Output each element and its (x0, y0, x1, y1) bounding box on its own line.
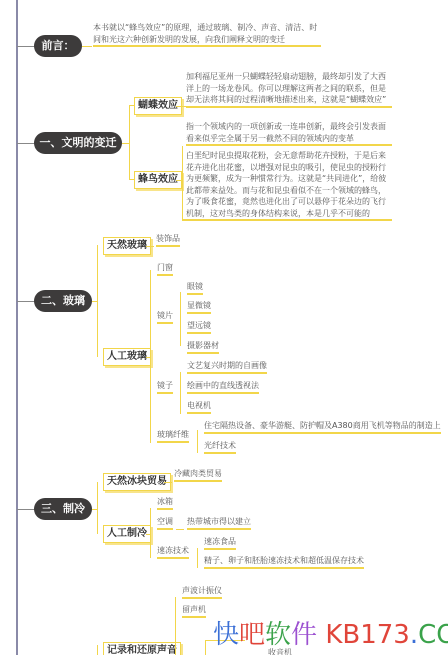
node-record-sound[interactable]: 记录和还原声音 (103, 642, 181, 655)
leaf-phonograph[interactable]: 留声机 (182, 604, 206, 618)
connector (97, 482, 98, 534)
node-glass-fiber[interactable]: 玻璃纤维 (157, 429, 189, 443)
butterfly-text: 加利福尼亚州一只蝴蝶轻轻扇动翅膀，最终却引发了大西 洋上的一场龙卷风。你可以理解… (186, 71, 392, 108)
connector (164, 482, 172, 483)
leaf-telescope[interactable]: 望远镜 (187, 320, 211, 334)
connector (122, 143, 130, 144)
connector (17, 46, 35, 47)
topic-preface[interactable]: 前言： (34, 35, 82, 57)
leaf-decoration[interactable]: 装饰品 (156, 233, 180, 247)
topic-section-2[interactable]: 二、玻璃 (34, 290, 92, 312)
node-mirror[interactable]: 镜子 (157, 380, 173, 394)
connector (17, 509, 35, 510)
topic-section-1[interactable]: 一、文明的变迁 (34, 132, 122, 154)
text-line: 花卉进化出花蜜，以增强对昆虫的吸引，使昆虫的授粉行 (186, 162, 392, 174)
watermark-part: COM (418, 620, 448, 650)
node-artificial-cooling[interactable]: 人工制冷 (103, 525, 151, 543)
text-line: 白垩纪时昆虫提取花粉，会无意帮助花卉授粉，于是后来 (186, 150, 392, 162)
leaf-camera[interactable]: 摄影器材 (187, 340, 219, 354)
connector (92, 509, 98, 510)
node-lens[interactable]: 镜片 (157, 310, 173, 324)
node-quick-freeze[interactable]: 速冻技术 (157, 545, 189, 559)
node-artificial-glass[interactable]: 人工玻璃 (103, 348, 151, 366)
watermark-part: 件 (291, 620, 317, 650)
connector (176, 529, 184, 530)
text-line: 间和光这六种创新发明的发展，向我们阐释文明的变迁 (93, 34, 321, 46)
text-line: 机制，这对鸟类的身体结构来说，本是几乎不可能的 (186, 208, 392, 220)
text-line: 却无法将其间的过程清晰地描述出来，这就是“蝴蝶效应” (186, 94, 392, 106)
connector (180, 292, 181, 346)
hummingbird-example: 白垩纪时昆虫提取花粉，会无意帮助花卉授粉，于是后来 花卉进化出花蜜，以增强对昆虫… (182, 150, 392, 221)
connector (150, 508, 151, 558)
watermark-part: 吧 (239, 620, 265, 650)
preface-text: 本书就以“蜂鸟效应”的原理，通过玻璃、制冷、声音、清洁、时 间和光这六种创新发明… (93, 22, 321, 47)
text-line: 本书就以“蜂鸟效应”的原理，通过玻璃、制冷、声音、清洁、时 (93, 22, 321, 34)
connector (146, 246, 154, 247)
connector (17, 143, 35, 144)
leaf-perspective[interactable]: 绘画中的直线透视法 (187, 380, 259, 394)
text-line: 此都带来益处。而与花和昆虫看似不在一个领域的蜂鸟， (186, 185, 392, 197)
connector (205, 640, 206, 655)
leaf-phonautograph[interactable]: 声波计振仪 (182, 585, 222, 599)
connector (92, 301, 98, 302)
connector (150, 270, 151, 443)
text-line: 指一个领域内的一项创新或一连串创新，最终会引发表面 (186, 121, 392, 133)
watermark-part: 软 (265, 620, 291, 650)
leaf-microscope[interactable]: 显微镜 (187, 300, 211, 314)
text-line: 看来似乎完全属于另一截然不同的领域内的变革 (186, 133, 392, 145)
text-line: 加利福尼亚州一只蝴蝶轻轻扇动翅膀，最终却引发了大西 (186, 71, 392, 83)
watermark-part: KB173 (317, 620, 410, 650)
main-spine-line (16, 0, 18, 655)
connector (197, 548, 198, 568)
leaf-insulation[interactable]: 住宅隔热设备、豪华游艇、防护帽及A380商用飞机等物品的制造上 (204, 420, 441, 434)
connector (82, 46, 92, 47)
leaf-glasses[interactable]: 眼镜 (187, 281, 203, 295)
leaf-cryopreservation[interactable]: 精子、卵子和胚胎速冻技术和超低温保存技术 (204, 555, 364, 569)
leaf-tropical-cities[interactable]: 热带城市得以建立 (187, 516, 251, 530)
leaf-self-portrait[interactable]: 文艺复兴时期的自画像 (187, 360, 267, 374)
connector (17, 301, 35, 302)
hummingbird-definition: 指一个领域内的一项创新或一连串创新，最终会引发表面 看来似乎完全属于另一截然不同… (186, 121, 392, 146)
text-line: 为更频繁，成为一种惯常行为。这就是“共同进化”，给彼 (186, 173, 392, 185)
connector (97, 645, 98, 655)
text-line: 洋上的一场龙卷风。你可以理解这两者之间的联系，但是 (186, 83, 392, 95)
connector (197, 430, 198, 453)
leaf-television[interactable]: 电视机 (187, 400, 211, 414)
node-natural-glass[interactable]: 天然玻璃 (103, 237, 151, 255)
node-air-conditioner[interactable]: 空调 (157, 516, 173, 530)
connector (129, 105, 130, 179)
connector (180, 372, 181, 414)
connector (175, 597, 176, 655)
leaf-cold-meat-trade[interactable]: 冷藏肉类贸易 (174, 468, 222, 482)
leaf-frozen-food[interactable]: 速冻食品 (204, 536, 236, 550)
leaf-optical-fiber[interactable]: 光纤技术 (204, 440, 236, 454)
leaf-refrigerator[interactable]: 冰箱 (157, 496, 173, 510)
topic-section-3[interactable]: 三、制冷 (34, 498, 92, 520)
text-line: 为了吸食花蜜，竟然也进化出了可以悬停于花朵边的飞行 (186, 196, 392, 208)
node-natural-ice-trade[interactable]: 天然冰块贸易 (103, 473, 171, 491)
connector (176, 106, 186, 107)
watermark-part: . (410, 620, 418, 650)
watermark-part: 快 (213, 620, 239, 650)
node-hummingbird-effect[interactable]: 蜂鸟效应 (134, 171, 182, 189)
leaf-doors-windows[interactable]: 门窗 (157, 262, 173, 276)
node-butterfly-effect[interactable]: 蝴蝶效应 (134, 97, 182, 115)
watermark: 快吧软件 KB173.COM (213, 614, 448, 651)
